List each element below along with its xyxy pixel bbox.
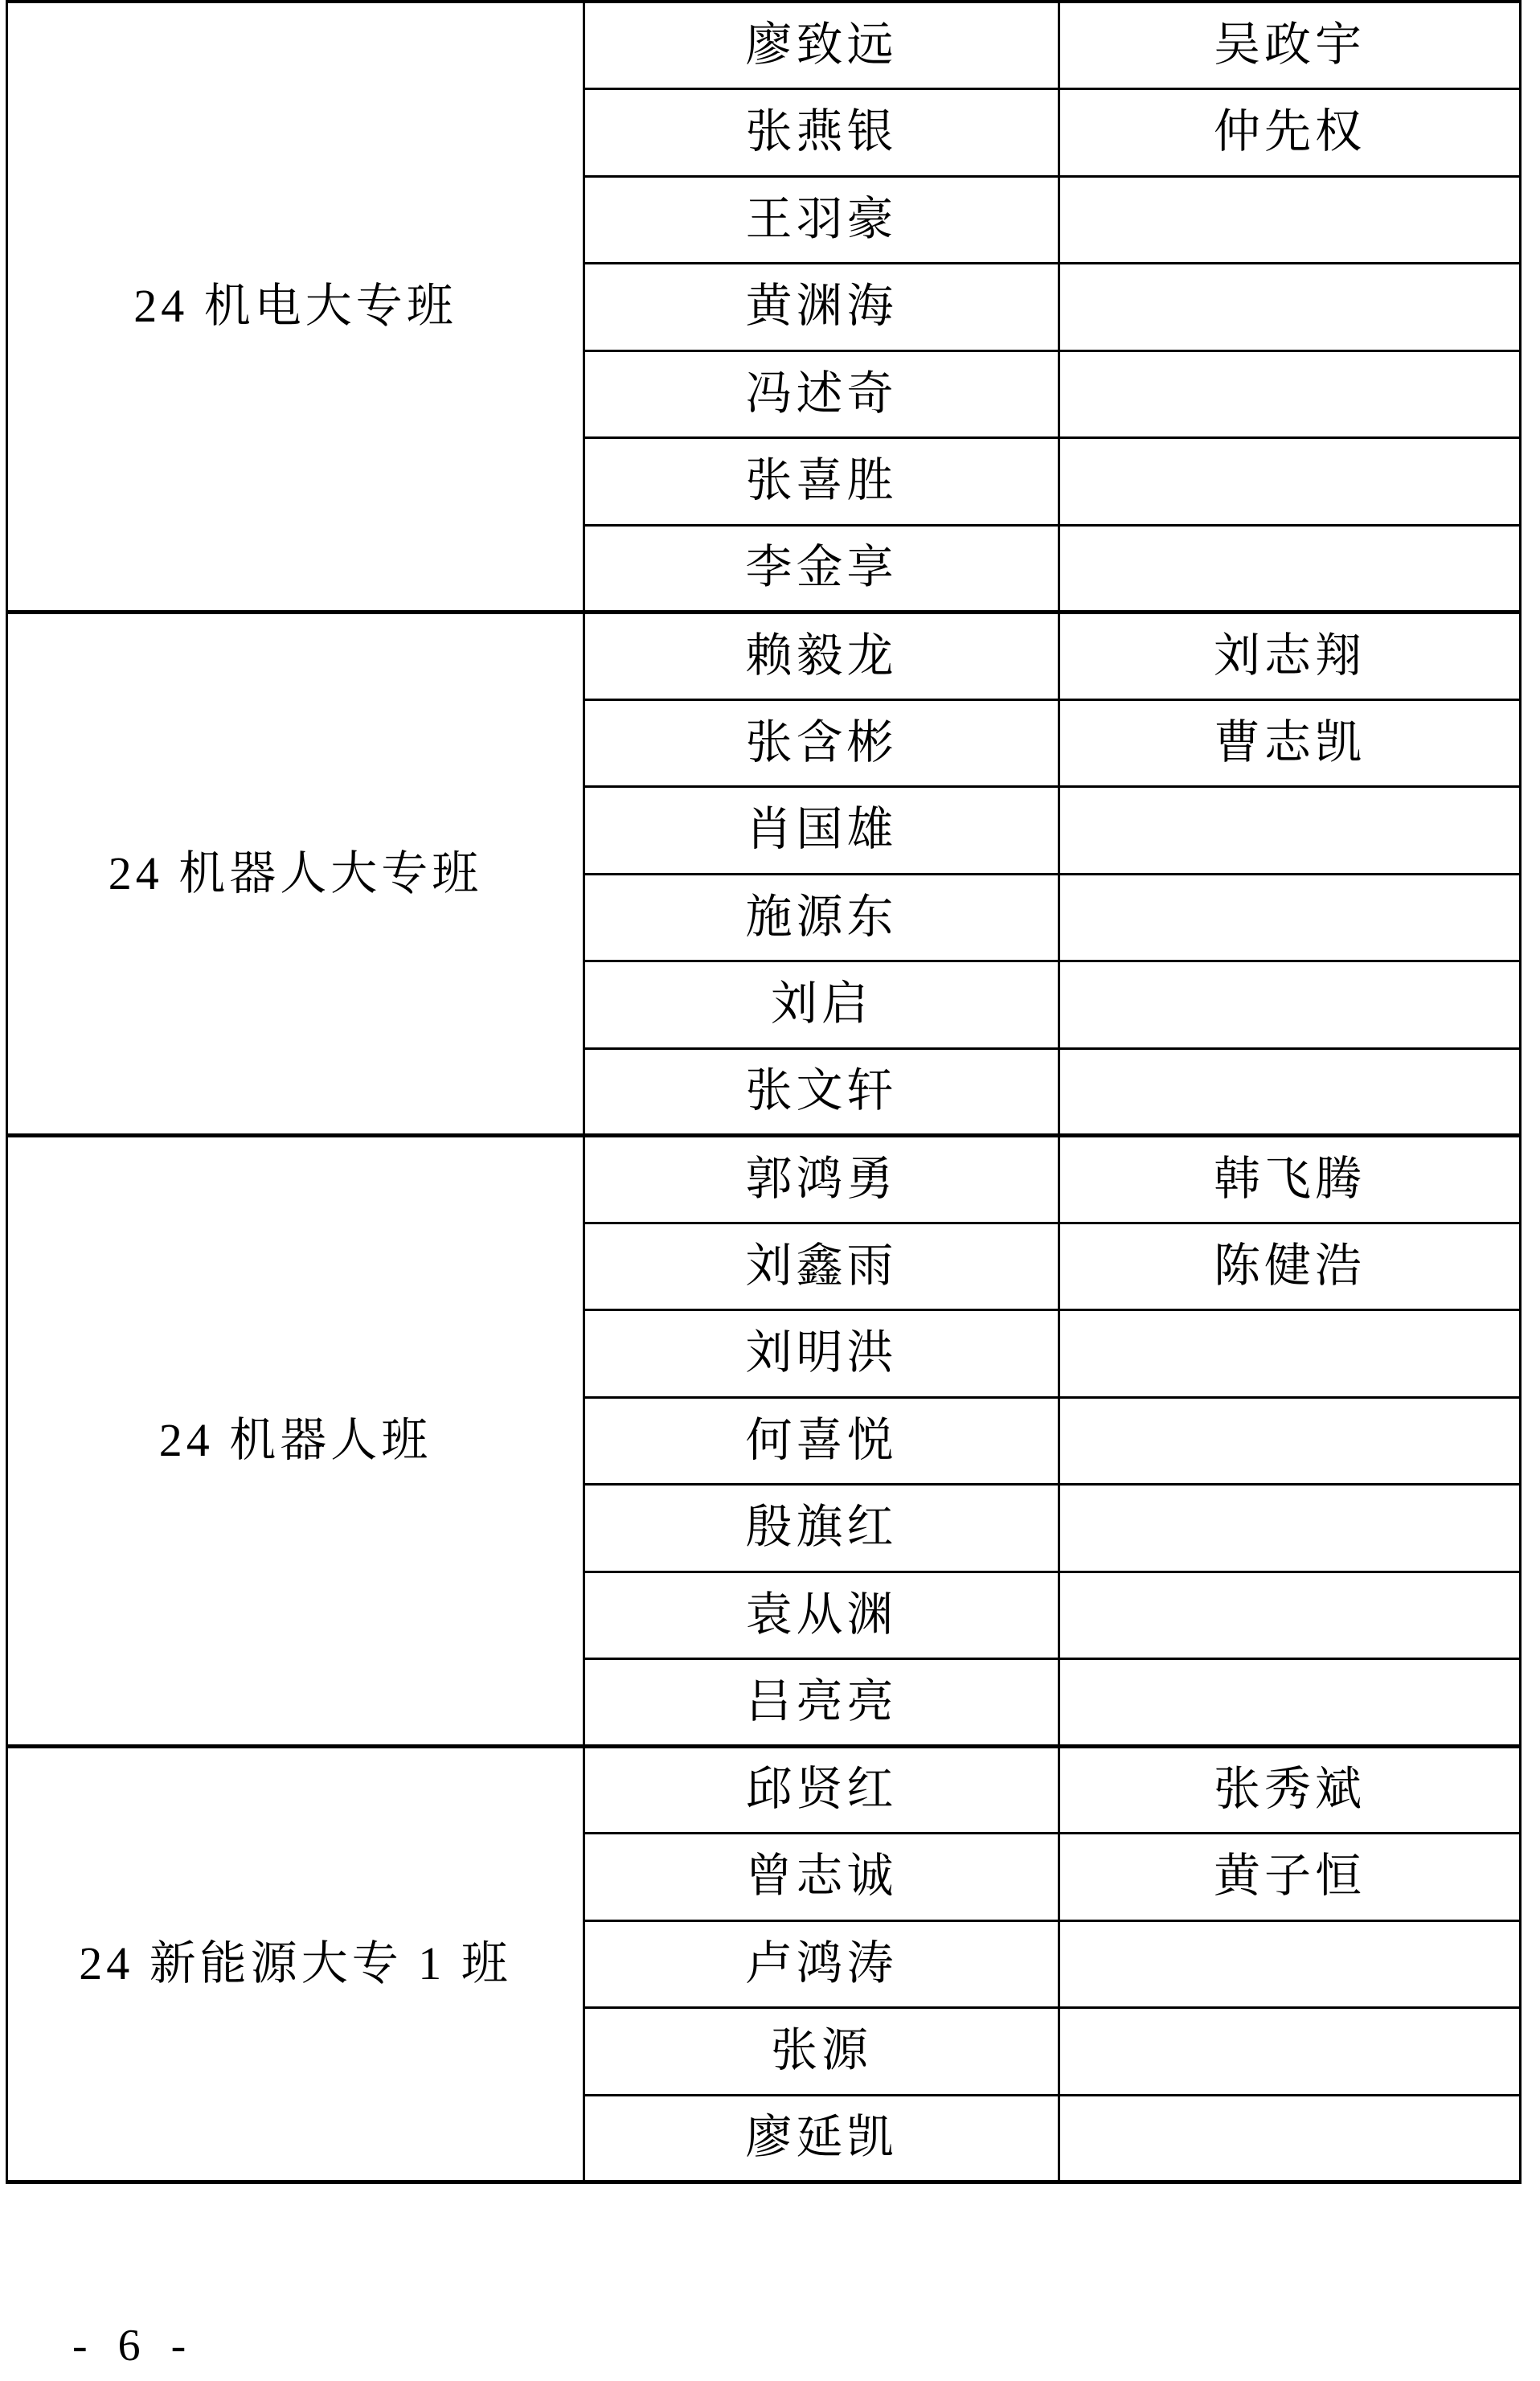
student-name-cell: 王羽豪 bbox=[584, 176, 1059, 264]
student-name-cell: 黄子恒 bbox=[1059, 1834, 1521, 1921]
empty-cell bbox=[1059, 1485, 1521, 1572]
table-row: 24 机器人班郭鸿勇韩飞腾 bbox=[7, 1136, 1521, 1223]
student-name-cell: 冯述奇 bbox=[584, 350, 1059, 438]
empty-cell bbox=[1059, 1659, 1521, 1747]
empty-cell bbox=[1059, 350, 1521, 438]
empty-cell bbox=[1059, 1572, 1521, 1659]
empty-cell bbox=[1059, 2008, 1521, 2096]
empty-cell bbox=[1059, 1310, 1521, 1398]
student-name-cell: 廖延凯 bbox=[584, 2095, 1059, 2182]
table-row: 24 新能源大专 1 班邱贤红张秀斌 bbox=[7, 1746, 1521, 1834]
student-name-cell: 张燕银 bbox=[584, 89, 1059, 177]
student-name-cell: 张喜胜 bbox=[584, 438, 1059, 526]
student-name-cell: 张源 bbox=[584, 2008, 1059, 2096]
student-name-cell: 张含彬 bbox=[584, 699, 1059, 787]
table-row: 24 机电大专班廖致远吴政宇 bbox=[7, 2, 1521, 89]
student-name-cell: 韩飞腾 bbox=[1059, 1136, 1521, 1223]
student-name-cell: 吴政宇 bbox=[1059, 2, 1521, 89]
student-name-cell: 张文轩 bbox=[584, 1048, 1059, 1136]
empty-cell bbox=[1059, 1397, 1521, 1485]
student-name-cell: 施源东 bbox=[584, 874, 1059, 961]
student-name-cell: 刘启 bbox=[584, 961, 1059, 1049]
empty-cell bbox=[1059, 787, 1521, 875]
student-name-cell: 刘明洪 bbox=[584, 1310, 1059, 1398]
student-name-cell: 袁从渊 bbox=[584, 1572, 1059, 1659]
empty-cell bbox=[1059, 264, 1521, 351]
student-name-cell: 李金享 bbox=[584, 525, 1059, 613]
empty-cell bbox=[1059, 176, 1521, 264]
document-page: 24 机电大专班廖致远吴政宇张燕银仲先权王羽豪黄渊海冯述奇张喜胜李金享24 机器… bbox=[0, 0, 1540, 2381]
class-name-cell: 24 机器人大专班 bbox=[7, 613, 584, 1136]
student-name-cell: 吕亮亮 bbox=[584, 1659, 1059, 1747]
empty-cell bbox=[1059, 438, 1521, 526]
empty-cell bbox=[1059, 961, 1521, 1049]
empty-cell bbox=[1059, 525, 1521, 613]
empty-cell bbox=[1059, 2095, 1521, 2182]
empty-cell bbox=[1059, 874, 1521, 961]
empty-cell bbox=[1059, 1048, 1521, 1136]
class-name-cell: 24 机电大专班 bbox=[7, 2, 584, 613]
class-roster-table: 24 机电大专班廖致远吴政宇张燕银仲先权王羽豪黄渊海冯述奇张喜胜李金享24 机器… bbox=[6, 0, 1522, 2184]
student-name-cell: 卢鸿涛 bbox=[584, 1920, 1059, 2008]
page-number: - 6 - bbox=[72, 2323, 195, 2368]
student-name-cell: 赖毅龙 bbox=[584, 613, 1059, 700]
student-name-cell: 曾志诚 bbox=[584, 1834, 1059, 1921]
student-name-cell: 刘鑫雨 bbox=[584, 1223, 1059, 1310]
student-name-cell: 曹志凯 bbox=[1059, 699, 1521, 787]
table-row: 24 机器人大专班赖毅龙刘志翔 bbox=[7, 613, 1521, 700]
student-name-cell: 黄渊海 bbox=[584, 264, 1059, 351]
class-name-cell: 24 新能源大专 1 班 bbox=[7, 1746, 584, 2182]
student-name-cell: 廖致远 bbox=[584, 2, 1059, 89]
student-name-cell: 邱贤红 bbox=[584, 1746, 1059, 1834]
student-name-cell: 仲先权 bbox=[1059, 89, 1521, 177]
student-name-cell: 殷旗红 bbox=[584, 1485, 1059, 1572]
student-name-cell: 何喜悦 bbox=[584, 1397, 1059, 1485]
class-name-cell: 24 机器人班 bbox=[7, 1136, 584, 1747]
empty-cell bbox=[1059, 1920, 1521, 2008]
student-name-cell: 刘志翔 bbox=[1059, 613, 1521, 700]
student-name-cell: 张秀斌 bbox=[1059, 1746, 1521, 1834]
student-name-cell: 郭鸿勇 bbox=[584, 1136, 1059, 1223]
student-name-cell: 陈健浩 bbox=[1059, 1223, 1521, 1310]
student-name-cell: 肖国雄 bbox=[584, 787, 1059, 875]
